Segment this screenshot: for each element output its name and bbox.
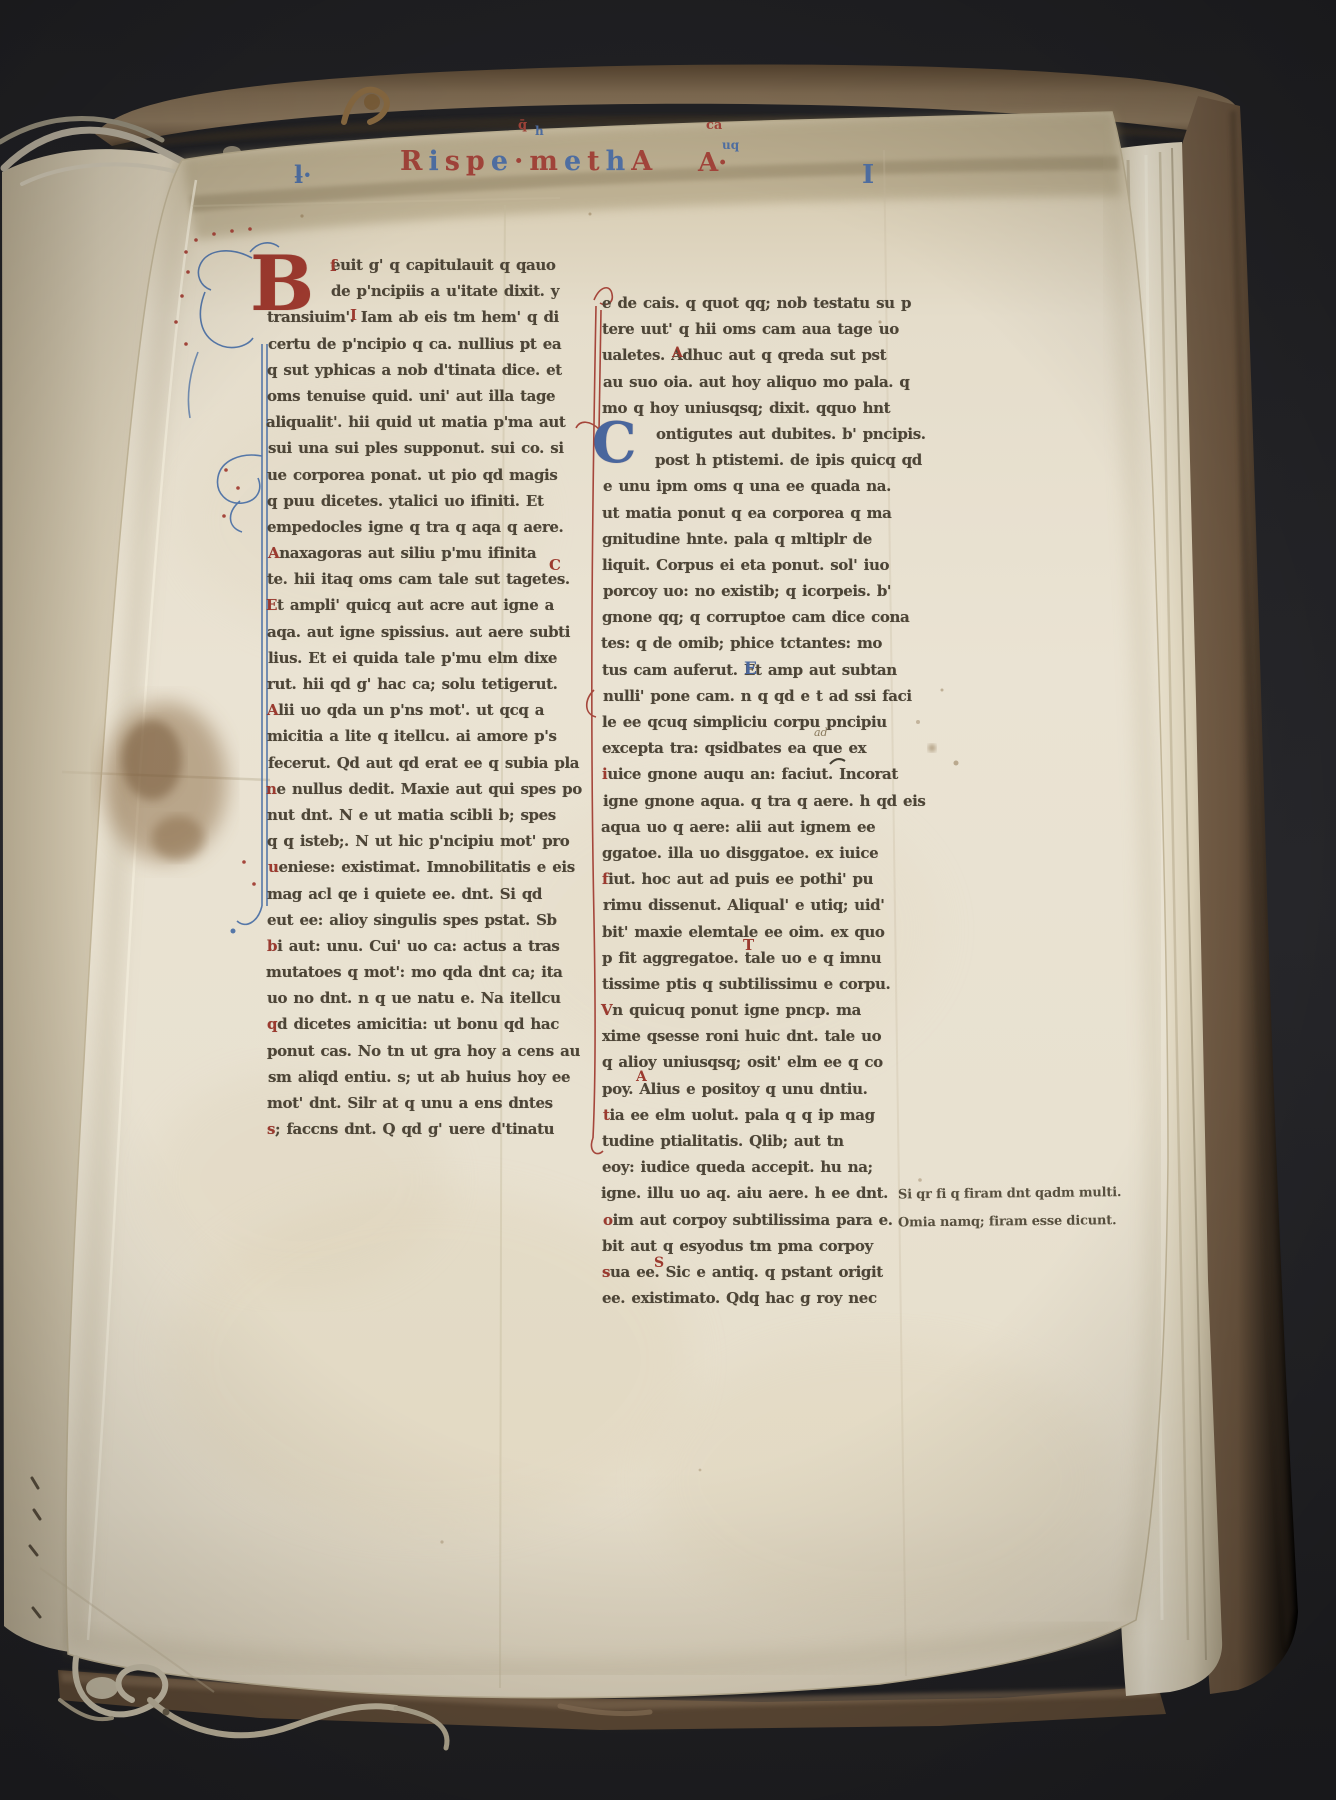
text-line: Vn quicuq ponut igne pncp. ma xyxy=(601,997,901,1023)
running-title-letter: A xyxy=(631,146,654,177)
running-title-letter: s xyxy=(445,146,462,177)
text-line: tia ee elm uolut. pala q q ip mag xyxy=(603,1102,903,1128)
rubric-initial: T xyxy=(743,938,754,953)
text-line: tes: q de omib; phice tctantes: mo xyxy=(601,630,901,656)
text-line: iuice gnone auqu an: faciut. Incorat xyxy=(602,761,902,787)
text-line: euit g' q capitulauit q qauo xyxy=(267,252,575,278)
text-line: bit aut q esyodus tm pma corpoy xyxy=(602,1233,902,1259)
marginal-gloss-line: Si qr fi q firam dnt qadm multi. xyxy=(898,1185,1178,1203)
title-superscript-blue: h xyxy=(535,124,544,138)
text-line: mag acl qe i quiete ee. dnt. Si qd xyxy=(267,881,575,907)
text-line: mutatoes q mot': mo qda dnt ca; ita xyxy=(266,959,574,985)
text-line: transiuim'. Iam ab eis tm hem' q di xyxy=(267,304,575,330)
colored-capital: b xyxy=(267,937,277,955)
colored-capital: i xyxy=(602,765,607,783)
running-title-letter: i xyxy=(428,146,440,177)
colored-capital: V xyxy=(601,1001,612,1019)
rubric-initial: ſ xyxy=(330,258,337,274)
text-line: fecerut. Qd aut qd erat ee q subia pla xyxy=(268,750,576,776)
running-title-letter: e xyxy=(491,146,510,177)
colored-capital: t xyxy=(603,1106,610,1124)
text-line: ut matia ponut q ea corporea q ma xyxy=(602,500,902,526)
text-line: liquit. Corpus ei eta ponut. sol' iuo xyxy=(602,552,902,578)
header-left-mark: ƚ· xyxy=(294,160,311,189)
text-line: sua ee. Sic e antiq. q pstant origit xyxy=(602,1259,902,1285)
text-line: Alii uo qda un p'ns mot'. ut qcq a xyxy=(267,697,575,723)
text-line: le ee qcuq simpliciu corpu pncipiu xyxy=(602,709,902,735)
text-line: mot' dnt. Silr at q unu a ens dntes xyxy=(267,1090,575,1116)
parchment-page xyxy=(30,112,1168,1698)
chapter-mark-large: A· xyxy=(698,148,727,178)
text-line: uo no dnt. n q ue natu e. Na itellcu xyxy=(267,985,575,1011)
text-line: ualetes. Adhuc aut q qreda sut pst xyxy=(602,342,902,368)
text-line: ponut cas. No tn ut gra hoy a cens au xyxy=(267,1038,575,1064)
text-line: aliqualit'. hii quid ut matia p'ma aut xyxy=(266,409,574,435)
colored-capital: A xyxy=(268,544,279,562)
text-line: Anaxagoras aut siliu p'mu ifinita xyxy=(268,540,576,566)
text-line: ue corporea ponat. ut pio qd magis xyxy=(267,462,575,488)
text-line: post h ptistemi. de ipis quicq qd xyxy=(601,447,901,473)
running-title-letter: R xyxy=(400,146,424,177)
text-line: te. hii itaq oms cam tale sut tagetes. xyxy=(267,566,575,592)
running-title-letter: m xyxy=(529,146,560,177)
rubric-initial: C xyxy=(549,558,561,573)
text-line: excepta tra: qsidbates ea que ex xyxy=(602,735,902,761)
text-line: gnitudine hnte. pala q mltiplr de xyxy=(602,526,902,552)
chapter-mark-small-red: ca xyxy=(706,118,722,133)
text-line: rut. hii qd g' hac ca; solu tetigerut. xyxy=(267,671,575,697)
running-title-letter: · xyxy=(514,146,525,177)
colored-capital: E xyxy=(266,596,277,614)
text-line: au suo oia. aut hoy aliquo mo pala. q xyxy=(603,369,903,395)
text-line: eut ee: alioy singulis spes pstat. Sb xyxy=(267,907,575,933)
rubric-initial: A xyxy=(636,1070,647,1084)
text-line: tudine ptialitatis. Qlib; aut tn xyxy=(602,1128,902,1154)
text-line: e unu ipm oms q una ee quada na. xyxy=(603,473,903,499)
text-line: tissime ptis q subtilissimu e corpu. xyxy=(602,971,902,997)
text-line: igne. illu uo aq. aiu aere. h ee dnt. xyxy=(601,1180,901,1206)
manuscript-photo: ƚ· Rispe·methA q̄ h ca uq A· I B C euit … xyxy=(0,0,1336,1800)
colored-capital: s xyxy=(267,1120,275,1138)
colored-capital: n xyxy=(266,780,277,798)
colored-capital: u xyxy=(268,858,279,876)
text-line: igne gnone aqua. q tra q aere. h qd eis xyxy=(603,788,903,814)
text-line: q puu dicetes. ytalici uo ifiniti. Et xyxy=(267,488,575,514)
colored-capital: s xyxy=(602,1263,610,1281)
running-title-letter: t xyxy=(587,146,601,177)
colored-capital: q xyxy=(267,1015,277,1033)
rubric-initial: A xyxy=(672,346,683,360)
text-line: q alioy uniusqsq; osit' elm ee q co xyxy=(602,1049,902,1075)
text-line: sm aliqd entiu. s; ut ab huius hoy ee xyxy=(268,1064,576,1090)
text-line: rimu dissenut. Aliqual' e utiq; uid' xyxy=(603,892,903,918)
text-line: nut dnt. N e ut matia scibli b; spes xyxy=(267,802,575,828)
text-line: oim aut corpoy subtilissima para e. xyxy=(603,1207,903,1233)
text-line: e de cais. q quot qq; nob testatu su p xyxy=(602,290,902,316)
running-title-letter: p xyxy=(466,146,487,177)
text-line: certu de p'ncipio q ca. nullius pt ea xyxy=(268,331,576,357)
text-line: q sut yphicas a nob d'tinata dice. et xyxy=(267,357,575,383)
text-line: porcoy uo: no existib; q icorpeis. b' xyxy=(603,578,903,604)
text-line: mo q hoy uniusqsq; dixit. qquo hnt xyxy=(602,395,902,421)
text-line: poy. Alius e positoy q unu dntiu. xyxy=(602,1076,902,1102)
text-line: aqua uo q aere: alii aut ignem ee xyxy=(601,814,901,840)
text-line: aqa. aut igne spissius. aut aere subti xyxy=(267,619,575,645)
text-line: lius. Et ei quida tale p'mu elm dixe xyxy=(268,645,576,671)
text-line: eoy: iudice queda accepit. hu na; xyxy=(602,1154,902,1180)
folio-number: I xyxy=(862,160,874,190)
colored-capital: A xyxy=(267,701,278,719)
text-line: xime qsesse roni huic dnt. tale uo xyxy=(602,1023,902,1049)
column-2: e de cais. q quot qq; nob testatu su pte… xyxy=(602,290,902,1311)
marginal-gloss-line: Omia namq; firam esse dicunt. xyxy=(898,1213,1178,1231)
text-line: ne nullus dedit. Maxie aut qui spes po xyxy=(266,776,574,802)
colored-capital: f xyxy=(602,870,608,888)
rubric-initial: S xyxy=(654,1256,664,1270)
rubric-initial: E xyxy=(744,661,757,678)
text-line: ggatoe. illa uo disggatoe. ex iuice xyxy=(602,840,902,866)
colored-capital: o xyxy=(603,1211,613,1229)
running-title-letter: h xyxy=(606,146,628,177)
text-line: ontigutes aut dubites. b' pncipis. xyxy=(602,421,902,447)
text-line: q q isteb;. N ut hic p'ncipiu mot' pro xyxy=(267,828,575,854)
title-superscript-red: q̄ xyxy=(518,118,527,133)
text-line: nulli' pone cam. n q qd e t ad ssi faci xyxy=(603,683,903,709)
column-1: euit g' q capitulauit q qauode p'ncipiis… xyxy=(267,252,575,1142)
text-line: ee. existimato. Qdq hac g roy nec xyxy=(602,1285,902,1311)
text-line: micitia a lite q itellcu. ai amore p's xyxy=(267,723,575,749)
text-line: ueniese: existimat. Imnobilitatis e eis xyxy=(268,854,576,880)
stain-blot-left xyxy=(103,702,227,862)
text-line: bi aut: unu. Cui' uo ca: actus a tras xyxy=(267,933,575,959)
text-line: qd dicetes amicitia: ut bonu qd hac xyxy=(267,1011,575,1037)
text-line: oms tenuise quid. uni' aut illa tage xyxy=(267,383,575,409)
text-line: de p'ncipiis a u'itate dixit. y xyxy=(267,278,575,304)
text-line: sui una sui ples supponut. sui co. si xyxy=(268,435,576,461)
running-title: Rispe·methA xyxy=(398,146,656,177)
text-line: fiut. hoc aut ad puis ee pothi' pu xyxy=(602,866,902,892)
text-line: s; faccns dnt. Q qd g' uere d'tinatu xyxy=(267,1116,575,1142)
text-line: empedocles igne q tra q aqa q aere. xyxy=(267,514,575,540)
text-line: gnone qq; q corruptoe cam dice cona xyxy=(602,604,902,630)
text-line: Et ampli' quicq aut acre aut igne a xyxy=(266,592,574,618)
rubric-initial: I xyxy=(350,308,357,323)
running-title-letter: e xyxy=(564,146,583,177)
text-line: tere uut' q hii oms cam aua tage uo xyxy=(602,316,902,342)
interlinear-note: ad xyxy=(814,726,828,739)
